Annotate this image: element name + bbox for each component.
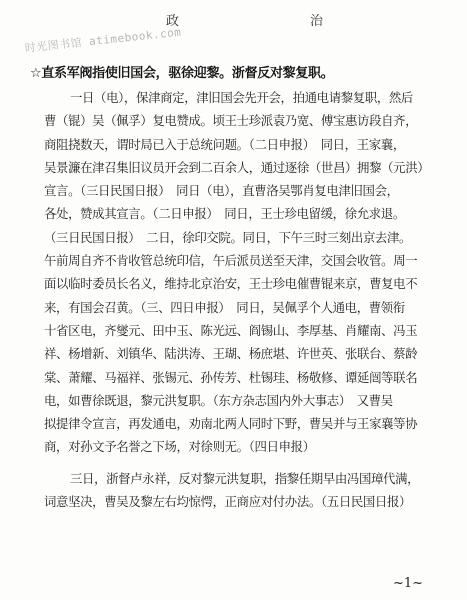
text-line: 面以临时委员长名义，维持北京治安，王士珍电催曹锟来京，曹复电不 [44, 272, 444, 295]
text-line: 各处，赞成其宣言。（二日申报） 同日，王士珍电留缓，徐允求退。 [44, 202, 444, 225]
body-text: 一日（电），保津商定，津旧国会先开会，拍通电请黎复职，然后 曹（锟）吴（佩孚）复… [44, 86, 444, 513]
text-line: 宣言。（三日民国日报） 同日（电），直曹洛吴鄂肖复电津旧国会， [44, 179, 444, 202]
section-heading: ☆直系军阀指使旧国会，驱徐迎黎。浙督反对黎复职。 [30, 62, 333, 81]
document-page: 政 治 时光图书馆 atimebook.com ☆直系军阀指使旧国会，驱徐迎黎。… [0, 0, 467, 600]
paragraph-1: 一日（电），保津商定，津旧国会先开会，拍通电请黎复职，然后 曹（锟）吴（佩孚）复… [44, 86, 444, 459]
text-line: 电，如曹徐既退，黎元洪复职。（东方杂志国内外大事志） 又曹吴 [44, 389, 444, 412]
paragraph-2: 三日，浙督卢永祥，反对黎元洪复职，指黎任期早由冯国璋代满， 词意坚决，曹吴及黎左… [44, 467, 444, 514]
text-line: 午前周自齐不肯收管总统印信，午后派员送至天津，交国会收管。周一 [44, 249, 444, 272]
text-line: 祥、杨增新、刘镇华、陆洪涛、王瑚、杨庶堪、许世英、张联台、蔡龄 [44, 342, 444, 365]
text-line: 棠、萧耀、马福祥、张锡元、孙传芳、杜锡珪、杨敬修、谭延闿等联名 [44, 366, 444, 389]
text-line: 商阻挠数天，谓时局已入于总统问题。（二日申报） 同日，王家襄， [44, 133, 444, 156]
text-line: 商，对孙文予名誉之下场，对徐则无。（四日申报） [44, 435, 444, 458]
text-line: 十省区电，齐燮元、田中玉、陈光远、阎锡山、李厚基、肖耀南、冯玉 [44, 319, 444, 342]
running-head-right: 治 [310, 10, 323, 29]
text-line: 曹（锟）吴（佩孚）复电赞成。顷王士珍派袁乃宽、傅宝惠访段自齐， [44, 109, 444, 132]
paragraph-gap [44, 459, 444, 467]
text-line: 词意坚决，曹吴及黎左右均惊愕，正商应对付办法。（五日民国日报） [44, 490, 444, 513]
text-line: 一日（电），保津商定，津旧国会先开会，拍通电请黎复职，然后 [44, 86, 444, 109]
text-line: 来，有国会召黄。（三、四日申报） 同日，吴佩孚个人通电，曹领衔 [44, 296, 444, 319]
text-line: 三日，浙督卢永祥，反对黎元洪复职，指黎任期早由冯国璋代满， [44, 467, 444, 490]
page-number: ~1~ [393, 576, 423, 591]
running-head: 政 治 [0, 10, 467, 30]
text-line: 拟提律令宣言，再发通电，劝南北两人同时下野，曹吴并与王家襄等协 [44, 412, 444, 435]
text-line: （三日民国日报） 二日，徐印交院。同日，下午三时三刻出京去津。 [44, 226, 444, 249]
text-line: 吴景濂在津召集旧议员开会到二百余人，通过逐徐（世昌）拥黎（元洪） [44, 156, 444, 179]
